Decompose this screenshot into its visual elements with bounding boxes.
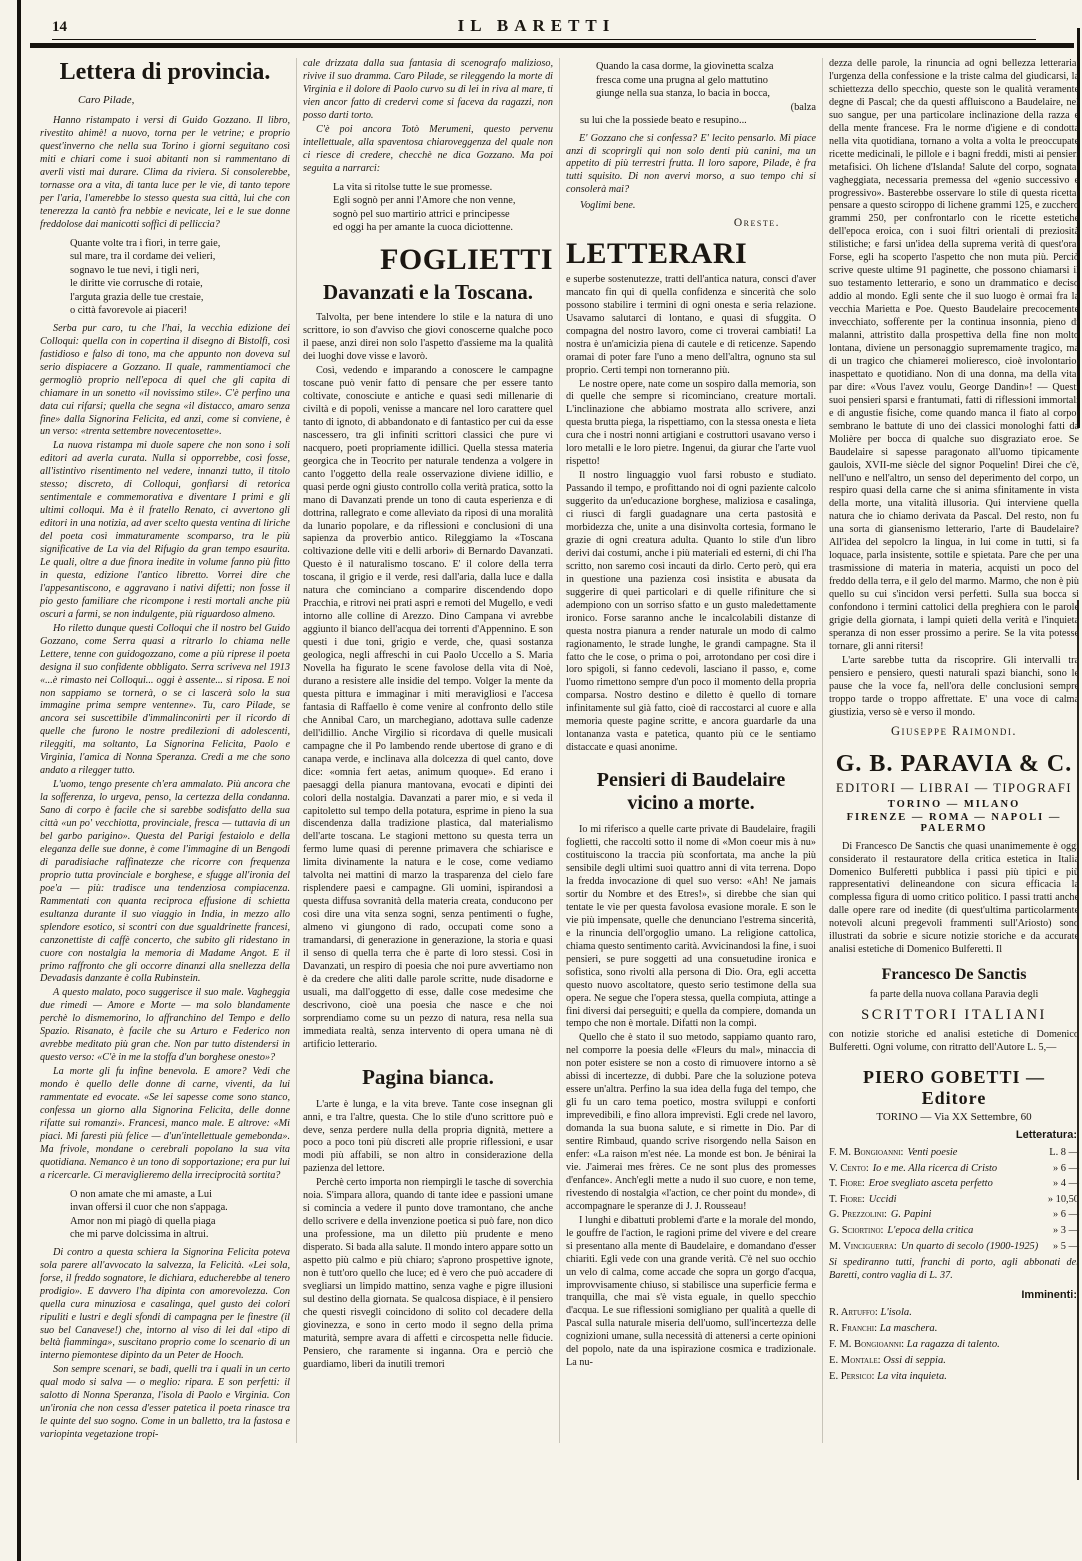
poem-line: Quante volte tra i fiori, in terre gaie,: [70, 237, 290, 251]
section-heading-letterari: LETTERARI: [566, 239, 816, 270]
book-title: G. Papini: [891, 1207, 931, 1223]
salutation: Caro Pilade,: [78, 94, 290, 108]
imminent-row: R. Artuffo: L'isola.: [829, 1305, 1079, 1321]
paragraph: Ho riletto dunque questi Colloqui che il…: [40, 623, 290, 778]
book-price: » 5 —: [1047, 1239, 1079, 1255]
columns-container: Lettera di provincia. Caro Pilade, Hanno…: [0, 48, 1082, 1443]
poem-quote: O non amate che mi amaste, a Lui invan o…: [70, 1188, 290, 1242]
paragraph: La morte gli fu infine benevola. E amore…: [40, 1066, 290, 1183]
title-line: vicino a morte.: [627, 792, 754, 814]
ad-title-paravia: G. B. PARAVIA & C.: [829, 751, 1079, 778]
paragraph: L'arte sarebbe tutta da riscoprire. Gli …: [829, 655, 1079, 720]
article-title-pagina-bianca: Pagina bianca.: [303, 1065, 553, 1090]
column-1: Lettera di provincia. Caro Pilade, Hanno…: [34, 58, 297, 1443]
book-author: M. Vinciguerra:: [829, 1239, 897, 1255]
column-3: Quando la casa dorme, la giovinetta scal…: [560, 58, 823, 1443]
section-label-letteratura: Letteratura:: [829, 1129, 1077, 1141]
poem-quote: Quando la casa dorme, la giovinetta scal…: [596, 60, 816, 128]
title-line: Pensieri di Baudelaire: [597, 769, 786, 791]
book-author: T. Fiore:: [829, 1192, 865, 1208]
paragraph: Son sempre scenari, se badi, quelli tra …: [40, 1364, 290, 1442]
poem-line: La vita si ritolse tutte le sue promesse…: [333, 181, 553, 195]
shipping-note: Si spediranno tutti, franchi di porto, a…: [829, 1257, 1079, 1283]
article-title-baudelaire: Pensieri di Baudelaire vicino a morte.: [566, 769, 816, 815]
book-title: La ragazza di talento.: [907, 1339, 1000, 1350]
imminent-row: E. Montale: Ossi di seppia.: [829, 1353, 1079, 1369]
paragraph: Perchè certo importa non riempirgli le t…: [303, 1177, 553, 1371]
book-price: » 10,50: [1042, 1192, 1079, 1208]
book-title-desanctis: Francesco De Sanctis: [829, 966, 1079, 984]
book-price: » 4 —: [1047, 1176, 1079, 1192]
book-row: T. Fiore: Uccidi » 10,50: [829, 1192, 1079, 1208]
book-price: L. 8 —: [1043, 1145, 1079, 1161]
paragraph: Io mi riferisco a quelle carte private d…: [566, 824, 816, 1031]
ad-paragraph: Di Francesco De Sanctis che quasi unanim…: [829, 841, 1079, 958]
scan-edge-right-top: [1077, 28, 1080, 428]
publisher-title-gobetti: PIERO GOBETTI — Editore: [829, 1067, 1079, 1109]
poem-line: sul mare, tra il cordame dei velieri,: [70, 250, 290, 264]
imminent-row: F. M. Bongioanni: La ragazza di talento.: [829, 1337, 1079, 1353]
paragraph: Il nostro linguaggio vuol farsi robusto …: [566, 470, 816, 755]
book-author: E. Montale:: [829, 1355, 881, 1366]
masthead-title: IL BARETTI: [67, 16, 1006, 36]
poem-line: le diritte vie corrusche di rotaie,: [70, 277, 290, 291]
valediction: Voglimi bene.: [580, 200, 816, 213]
poem-line: giunge nella sua stanza, lo bacia in boc…: [596, 87, 816, 101]
poem-line: fresca come una prugna al gelo mattutino: [596, 74, 816, 88]
book-title: La vita inquieta.: [877, 1371, 947, 1382]
newspaper-page: 14 IL BARETTI Lettera di provincia. Caro…: [0, 0, 1082, 1561]
poem-line: Amor non mi piagò di quella piaga: [70, 1215, 290, 1229]
book-price: » 6 —: [1047, 1161, 1079, 1177]
publisher-address: TORINO — Via XX Settembre, 60: [829, 1111, 1079, 1123]
ad-line: fa parte della nuova collana Paravia deg…: [829, 989, 1079, 1002]
paragraph: Così, vedendo e imparando a conoscere le…: [303, 365, 553, 1052]
imminent-row: E. Persico: La vita inquieta.: [829, 1369, 1079, 1385]
book-title: Ossi di seppia.: [883, 1355, 946, 1366]
book-title: L'epoca della critica: [887, 1223, 973, 1239]
article-title-davanzati: Davanzati e la Toscana.: [303, 281, 553, 303]
book-author: F. M. Bongioanni:: [829, 1145, 903, 1161]
poem-line: sognavo le tue nevi, i tigli neri,: [70, 264, 290, 278]
book-price: » 6 —: [1047, 1207, 1079, 1223]
series-title-scrittori: SCRITTORI ITALIANI: [829, 1007, 1079, 1024]
book-author: R. Artuffo:: [829, 1307, 878, 1318]
page-header: 14 IL BARETTI: [0, 0, 1082, 36]
paragraph: Di contro a questa schiera la Signorina …: [40, 1247, 290, 1364]
paragraph: L'arte è lunga, e la vita breve. Tante c…: [303, 1099, 553, 1177]
poem-line: Quando la casa dorme, la giovinetta scal…: [596, 60, 816, 74]
book-author: E. Persico:: [829, 1371, 875, 1382]
poem-line: (balza: [596, 101, 816, 115]
poem-quote: Quante volte tra i fiori, in terre gaie,…: [70, 237, 290, 318]
paragraph: E' Gozzano che si confessa? E' lecito pe…: [566, 133, 816, 198]
paragraph: I lunghi e dibattuti problemi d'arte e l…: [566, 1215, 816, 1370]
page-number: 14: [52, 19, 67, 36]
paragraph: Serba pur caro, tu che l'hai, la vecchia…: [40, 323, 290, 440]
poem-line: ed oggi ha per amante la cuoca diciotten…: [333, 221, 553, 235]
ad-cities-line1: TORINO — MILANO: [829, 799, 1079, 810]
book-row: M. Vinciguerra: Un quarto di secolo (190…: [829, 1239, 1079, 1255]
poem-line: sognò pel suo martirio attrici e princip…: [333, 208, 553, 222]
paragraph: Talvolta, per bene intendere lo stile e …: [303, 312, 553, 364]
scan-edge-left: [17, 0, 21, 1561]
book-row: G. Sciortino: L'epoca della critica » 3 …: [829, 1223, 1079, 1239]
book-title: Uccidi: [869, 1192, 897, 1208]
poem-line: l'arguta grazia delle tue crestaie,: [70, 291, 290, 305]
book-title: Eroe svegliato asceta perfetto: [869, 1176, 993, 1192]
poem-line: su lui che la possiede beato e resupino.…: [580, 114, 816, 128]
imminent-row: R. Franchi: La maschera.: [829, 1321, 1079, 1337]
section-heading-foglietti: FOGLIETTI: [303, 245, 553, 276]
book-author: G. Prezzolini:: [829, 1207, 887, 1223]
ad-roles: EDITORI — LIBRAI — TIPOGRAFI: [829, 781, 1079, 796]
book-title: L'isola.: [880, 1307, 911, 1318]
paragraph: e superbe sostenutezze, tratti dell'anti…: [566, 274, 816, 378]
book-row: V. Cento: Io e me. Alla ricerca di Crist…: [829, 1161, 1079, 1177]
poem-line: che mi parve dolcissima in altrui.: [70, 1228, 290, 1242]
signature-raimondi: Giuseppe Raimondi.: [829, 724, 1079, 739]
poem-line: Egli sognò per anni l'Amore che non venn…: [333, 194, 553, 208]
book-title: Un quarto di secolo (1900-1925): [901, 1239, 1038, 1255]
book-author: V. Cento:: [829, 1161, 869, 1177]
column-4: dezza delle parole, la rinuncia ad ogni …: [823, 58, 1082, 1443]
poem-line: O non amate che mi amaste, a Lui: [70, 1188, 290, 1202]
paragraph: La nuova ristampa mi duole sapere che no…: [40, 440, 290, 621]
paragraph: C'è poi ancora Totò Merumeni, questo per…: [303, 124, 553, 176]
book-title: Io e me. Alla ricerca di Cristo: [873, 1161, 997, 1177]
ad-note: con notizie storiche ed analisi estetich…: [829, 1029, 1079, 1055]
header-rule-thin: [52, 39, 1036, 40]
book-author: G. Sciortino:: [829, 1223, 883, 1239]
book-author: F. M. Bongioanni:: [829, 1339, 904, 1350]
book-price: » 3 —: [1047, 1223, 1079, 1239]
article-title-lettera: Lettera di provincia.: [40, 60, 290, 85]
signature-oreste: Oreste.: [566, 217, 780, 229]
paragraph: L'uomo, tengo presente ch'era ammalato. …: [40, 779, 290, 986]
poem-quote: La vita si ritolse tutte le sue promesse…: [333, 181, 553, 235]
paragraph: Quello che è stato il suo metodo, sappia…: [566, 1032, 816, 1213]
book-row: F. M. Bongioanni: Venti poesie L. 8 —: [829, 1145, 1079, 1161]
section-label-imminenti: Imminenti:: [829, 1289, 1077, 1301]
book-row: T. Fiore: Eroe svegliato asceta perfetto…: [829, 1176, 1079, 1192]
book-title: La maschera.: [880, 1323, 938, 1334]
paragraph: cale drizzata dalla sua fantasia di scen…: [303, 58, 553, 123]
book-author: R. Franchi:: [829, 1323, 877, 1334]
book-author: T. Fiore:: [829, 1176, 865, 1192]
column-2: cale drizzata dalla sua fantasia di scen…: [297, 58, 560, 1443]
poem-line: o città favorevole ai piaceri!: [70, 304, 290, 318]
paragraph: Hanno ristampato i versi di Guido Gozzan…: [40, 115, 290, 232]
paragraph: A questo malato, poco suggerisce il suo …: [40, 987, 290, 1065]
book-row: G. Prezzolini: G. Papini » 6 —: [829, 1207, 1079, 1223]
scan-edge-right-bottom: [1077, 600, 1079, 1480]
poem-line: invan offersi il cuor che non s'appaga.: [70, 1201, 290, 1215]
book-title: Venti poesie: [907, 1145, 957, 1161]
paragraph: Le nostre opere, nate come un sospiro da…: [566, 379, 816, 470]
paragraph: dezza delle parole, la rinuncia ad ogni …: [829, 58, 1079, 654]
ad-cities-line2: FIRENZE — ROMA — NAPOLI — PALERMO: [829, 812, 1079, 834]
